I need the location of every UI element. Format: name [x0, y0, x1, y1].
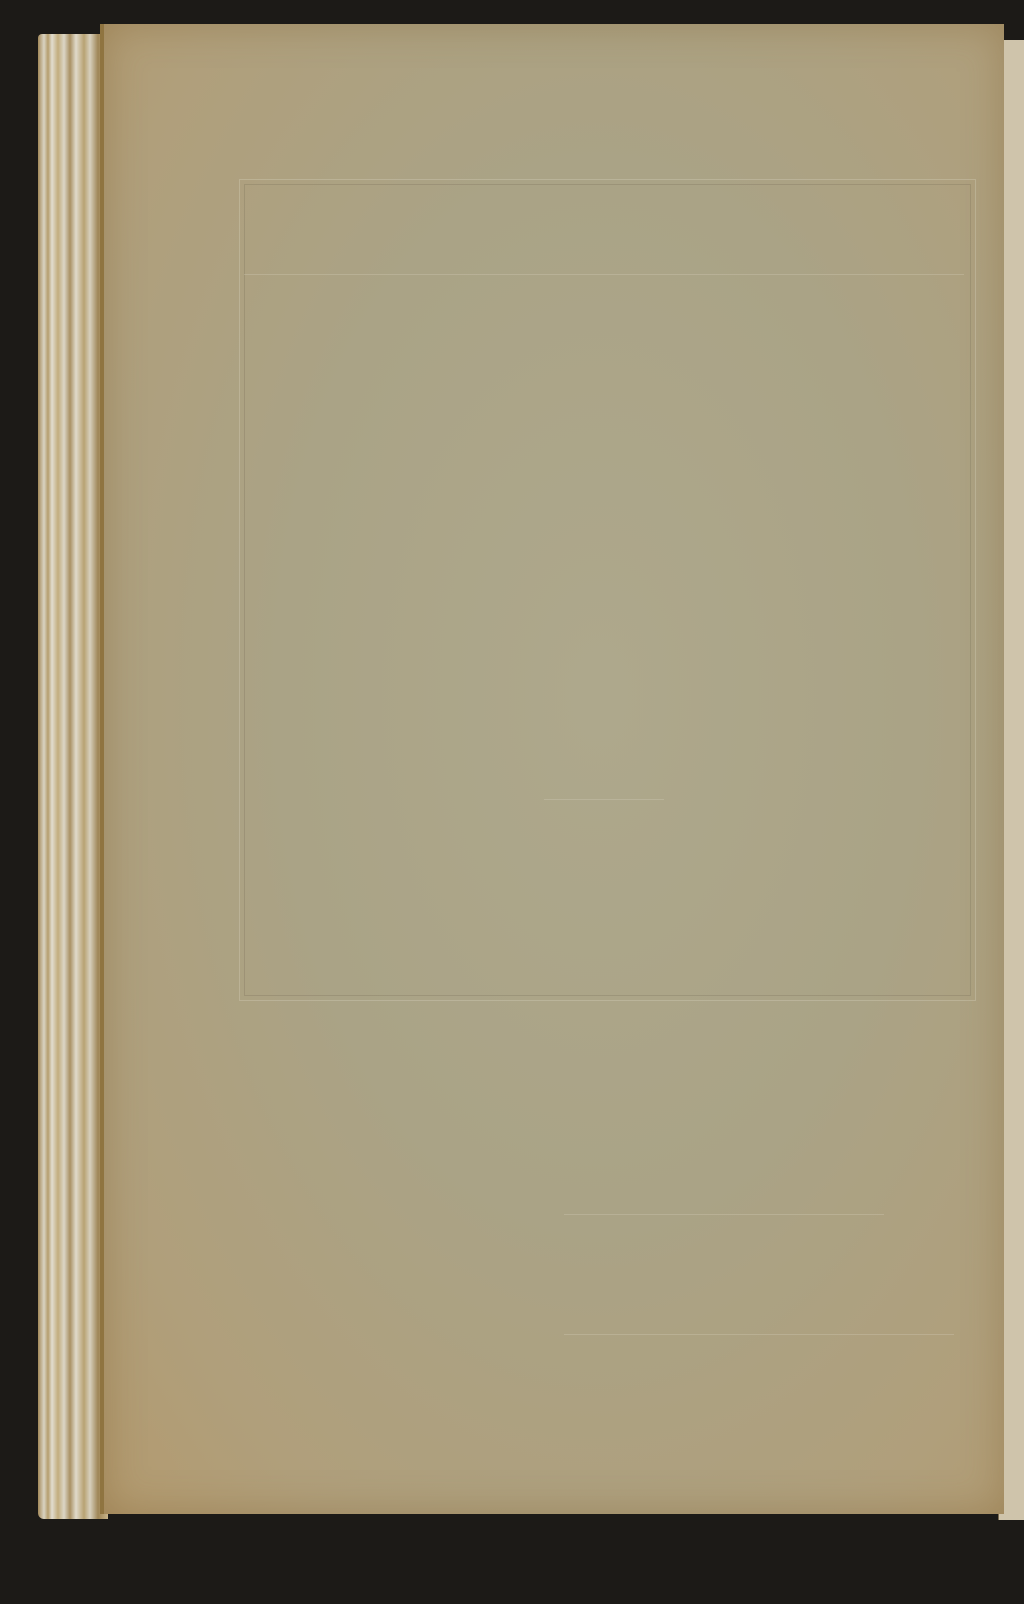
show-through-frame-inner	[244, 184, 971, 996]
page-stack-edges	[38, 34, 108, 1519]
show-through-rule	[544, 799, 664, 800]
blank-page: ​	[100, 24, 1004, 1514]
show-through-rule	[244, 274, 964, 275]
show-through-rule	[564, 1214, 884, 1215]
show-through-rule	[564, 1334, 954, 1335]
